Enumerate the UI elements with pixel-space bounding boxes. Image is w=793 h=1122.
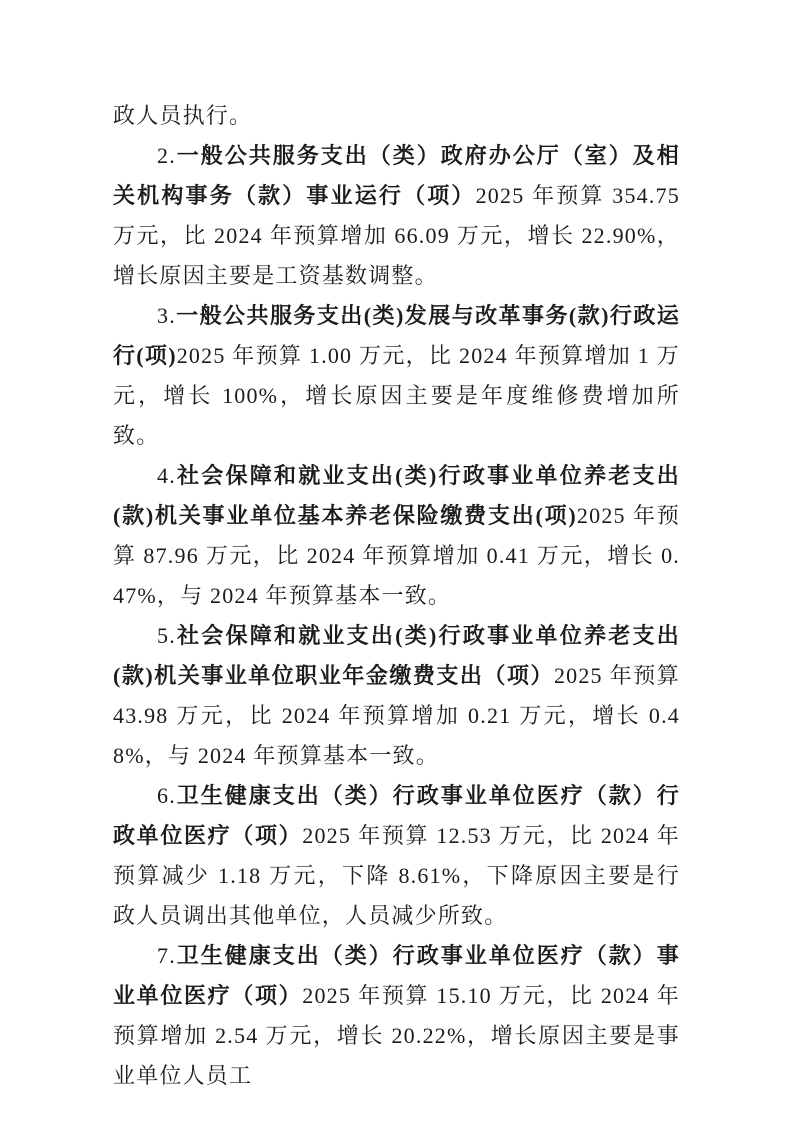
paragraph-1: 政人员执行。 — [113, 96, 680, 136]
document-page: 政人员执行。2.一般公共服务支出（类）政府办公厅（室）及相关机构事务（款）事业运… — [0, 0, 793, 1122]
body-text: 3. — [157, 303, 176, 328]
body-text: 2. — [157, 143, 176, 168]
body-text: 2025 年预算 1.00 万元，比 2024 年预算增加 1 万元，增长 10… — [113, 343, 680, 448]
body-text: 4. — [157, 463, 176, 488]
paragraph-5: 5.社会保障和就业支出(类)行政事业单位养老支出(款)机关事业单位职业年金缴费支… — [113, 616, 680, 776]
paragraph-6: 6.卫生健康支出（类）行政事业单位医疗（款）行政单位医疗（项）2025 年预算 … — [113, 776, 680, 936]
body-text: 6. — [157, 783, 176, 808]
paragraph-4: 4.社会保障和就业支出(类)行政事业单位养老支出(款)机关事业单位基本养老保险缴… — [113, 456, 680, 616]
paragraph-3: 3.一般公共服务支出(类)发展与改革事务(款)行政运行(项)2025 年预算 1… — [113, 296, 680, 456]
body-text: 7. — [157, 943, 176, 968]
body-text: 5. — [157, 623, 176, 648]
paragraph-2: 2.一般公共服务支出（类）政府办公厅（室）及相关机构事务（款）事业运行（项）20… — [113, 136, 680, 296]
paragraph-7: 7.卫生健康支出（类）行政事业单位医疗（款）事业单位医疗（项）2025 年预算 … — [113, 936, 680, 1096]
document-body: 政人员执行。2.一般公共服务支出（类）政府办公厅（室）及相关机构事务（款）事业运… — [113, 96, 680, 1096]
body-text: 政人员执行。 — [113, 103, 252, 128]
